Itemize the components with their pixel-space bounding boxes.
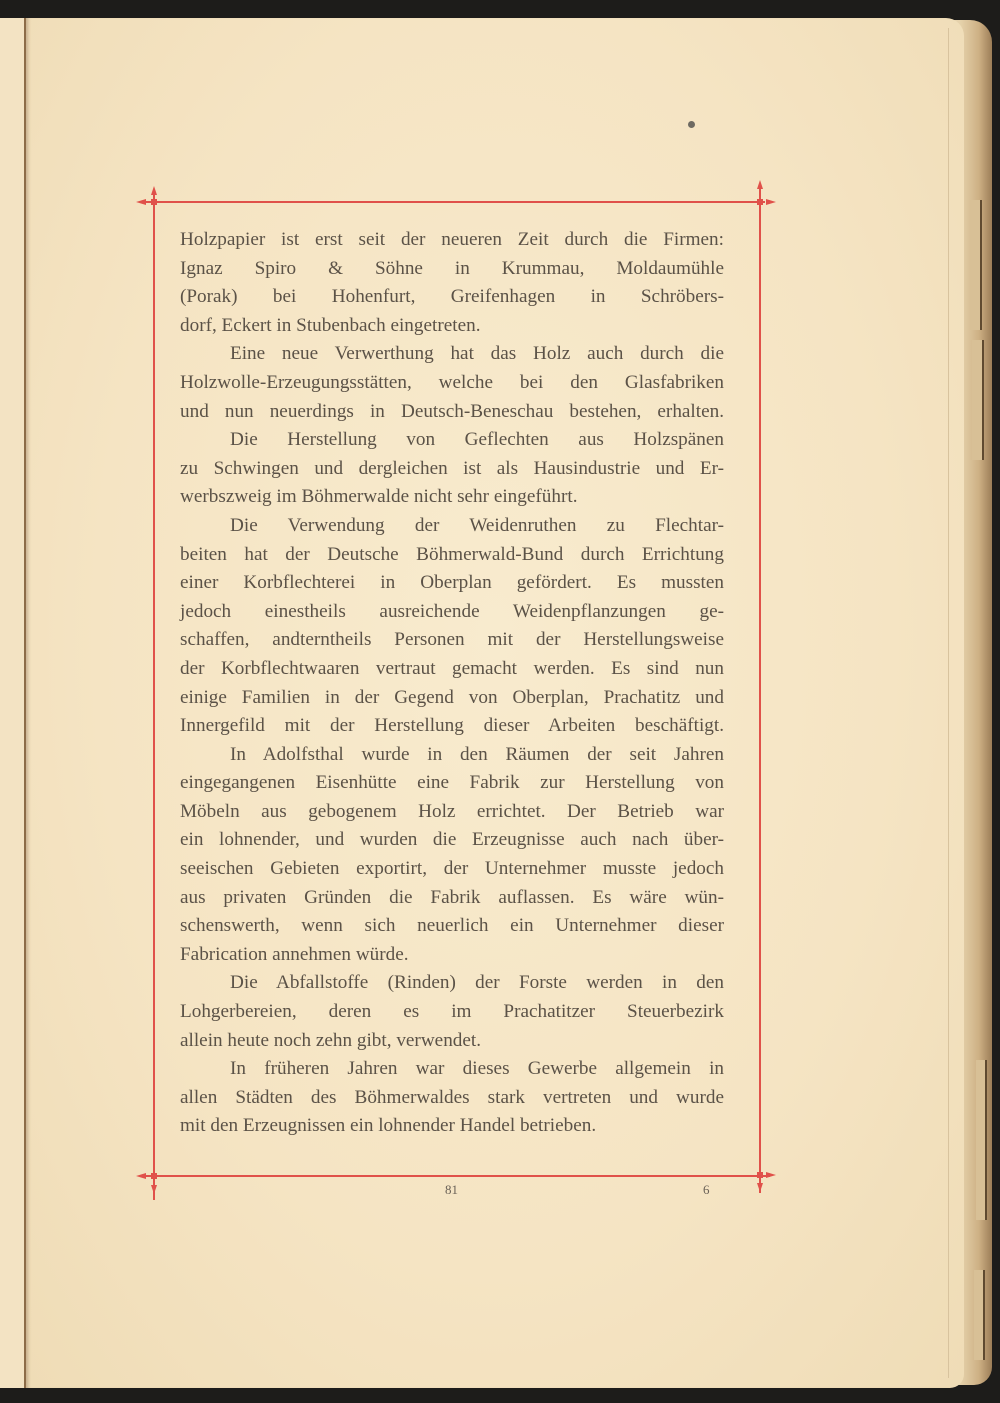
text-line: Möbeln aus gebogenem Holz errichtet. Der… xyxy=(180,798,724,827)
arrow-right-icon xyxy=(766,199,776,205)
text-line: jedoch einestheils ausreichende Weidenpf… xyxy=(180,598,724,627)
paragraph: Eine neue Verwerthung hat das Holz auch … xyxy=(180,340,724,426)
frame-right-rule xyxy=(759,183,761,1193)
text-line: In früheren Jahren war dieses Gewerbe al… xyxy=(180,1055,724,1084)
arrow-down-icon xyxy=(151,1185,157,1194)
ink-dot xyxy=(688,121,695,128)
text-line: (Porak) bei Hohenfurt, Greifenhagen in S… xyxy=(180,283,724,312)
corner-mark-bottom-right xyxy=(757,1172,763,1178)
corner-mark-top-right xyxy=(757,199,763,205)
text-line: Lohgerbereien, deren es im Prachatitzer … xyxy=(180,998,724,1027)
text-line: dorf, Eckert in Stubenbach eingetreten. xyxy=(180,312,724,341)
paragraph: Holzpapier ist erst seit der neueren Zei… xyxy=(180,226,724,340)
text-line: einige Familien in der Gegend von Oberpl… xyxy=(180,684,724,713)
arrow-left-icon xyxy=(136,1173,146,1179)
text-line: Holzwolle-Erzeugungsstätten, welche bei … xyxy=(180,369,724,398)
arrow-right-icon xyxy=(766,1172,776,1178)
paragraph: In früheren Jahren war dieses Gewerbe al… xyxy=(180,1055,724,1141)
text-line: der Korbflechtwaaren vertraut gemacht we… xyxy=(180,655,724,684)
text-line: aus privaten Gründen die Fabrik auflasse… xyxy=(180,884,724,913)
text-line: schenswerth, wenn sich neuerlich ein Unt… xyxy=(180,912,724,941)
frame-top-rule xyxy=(145,201,765,203)
text-line: In Adolfsthal wurde in den Räumen der se… xyxy=(180,741,724,770)
text-line: eingegangenen Eisenhütte eine Fabrik zur… xyxy=(180,769,724,798)
text-line: schaffen, andterntheils Personen mit der… xyxy=(180,626,724,655)
arrow-down-icon xyxy=(757,1183,763,1192)
paragraph: Die Verwendung der Weidenruthen zu Flech… xyxy=(180,512,724,741)
text-line: Holzpapier ist erst seit der neueren Zei… xyxy=(180,226,724,255)
body-text: Holzpapier ist erst seit der neueren Zei… xyxy=(180,226,724,1141)
corner-mark-top-left xyxy=(151,199,157,205)
corner-mark-bottom-left xyxy=(151,1173,157,1179)
text-line: einer Korbflechterei in Oberplan geförde… xyxy=(180,569,724,598)
text-line: Die Verwendung der Weidenruthen zu Flech… xyxy=(180,512,724,541)
text-line: mit den Erzeugnissen ein lohnender Hande… xyxy=(180,1112,724,1141)
paragraph: Die Herstellung von Geflechten aus Holzs… xyxy=(180,426,724,512)
paragraph: In Adolfsthal wurde in den Räumen der se… xyxy=(180,741,724,970)
text-line: allen Städten des Böhmerwaldes stark ver… xyxy=(180,1084,724,1113)
arrow-up-icon xyxy=(757,180,763,189)
text-line: seeischen Gebieten exportirt, der Untern… xyxy=(180,855,724,884)
text-line: Eine neue Verwerthung hat das Holz auch … xyxy=(180,340,724,369)
text-line: Die Herstellung von Geflechten aus Holzs… xyxy=(180,426,724,455)
arrow-left-icon xyxy=(136,199,146,205)
text-line: Ignaz Spiro & Söhne in Krummau, Moldaumü… xyxy=(180,255,724,284)
arrow-up-icon xyxy=(151,186,157,195)
text-line: Die Abfallstoffe (Rinden) der Forste wer… xyxy=(180,969,724,998)
paragraph: Die Abfallstoffe (Rinden) der Forste wer… xyxy=(180,969,724,1055)
frame-bottom-rule xyxy=(145,1175,770,1177)
text-line: und nun neuerdings in Deutsch-Beneschau … xyxy=(180,398,724,427)
frame-left-rule xyxy=(153,190,155,1200)
facing-page-edge xyxy=(0,18,26,1388)
text-line: beiten hat der Deutsche Böhmerwald-Bund … xyxy=(180,541,724,570)
text-line: zu Schwingen und dergleichen ist als Hau… xyxy=(180,455,724,484)
text-line: allein heute noch zehn gibt, verwendet. xyxy=(180,1027,724,1056)
text-line: ein lohnender, und wurden die Erzeugniss… xyxy=(180,826,724,855)
text-line: werbszweig im Böhmerwalde nicht sehr ein… xyxy=(180,483,724,512)
text-line: Innergefild mit der Herstellung dieser A… xyxy=(180,712,724,741)
page-fold-line xyxy=(948,28,949,1378)
text-line: Fabrication annehmen würde. xyxy=(180,941,724,970)
signature-mark: 6 xyxy=(703,1182,710,1198)
page-number: 81 xyxy=(445,1182,458,1198)
